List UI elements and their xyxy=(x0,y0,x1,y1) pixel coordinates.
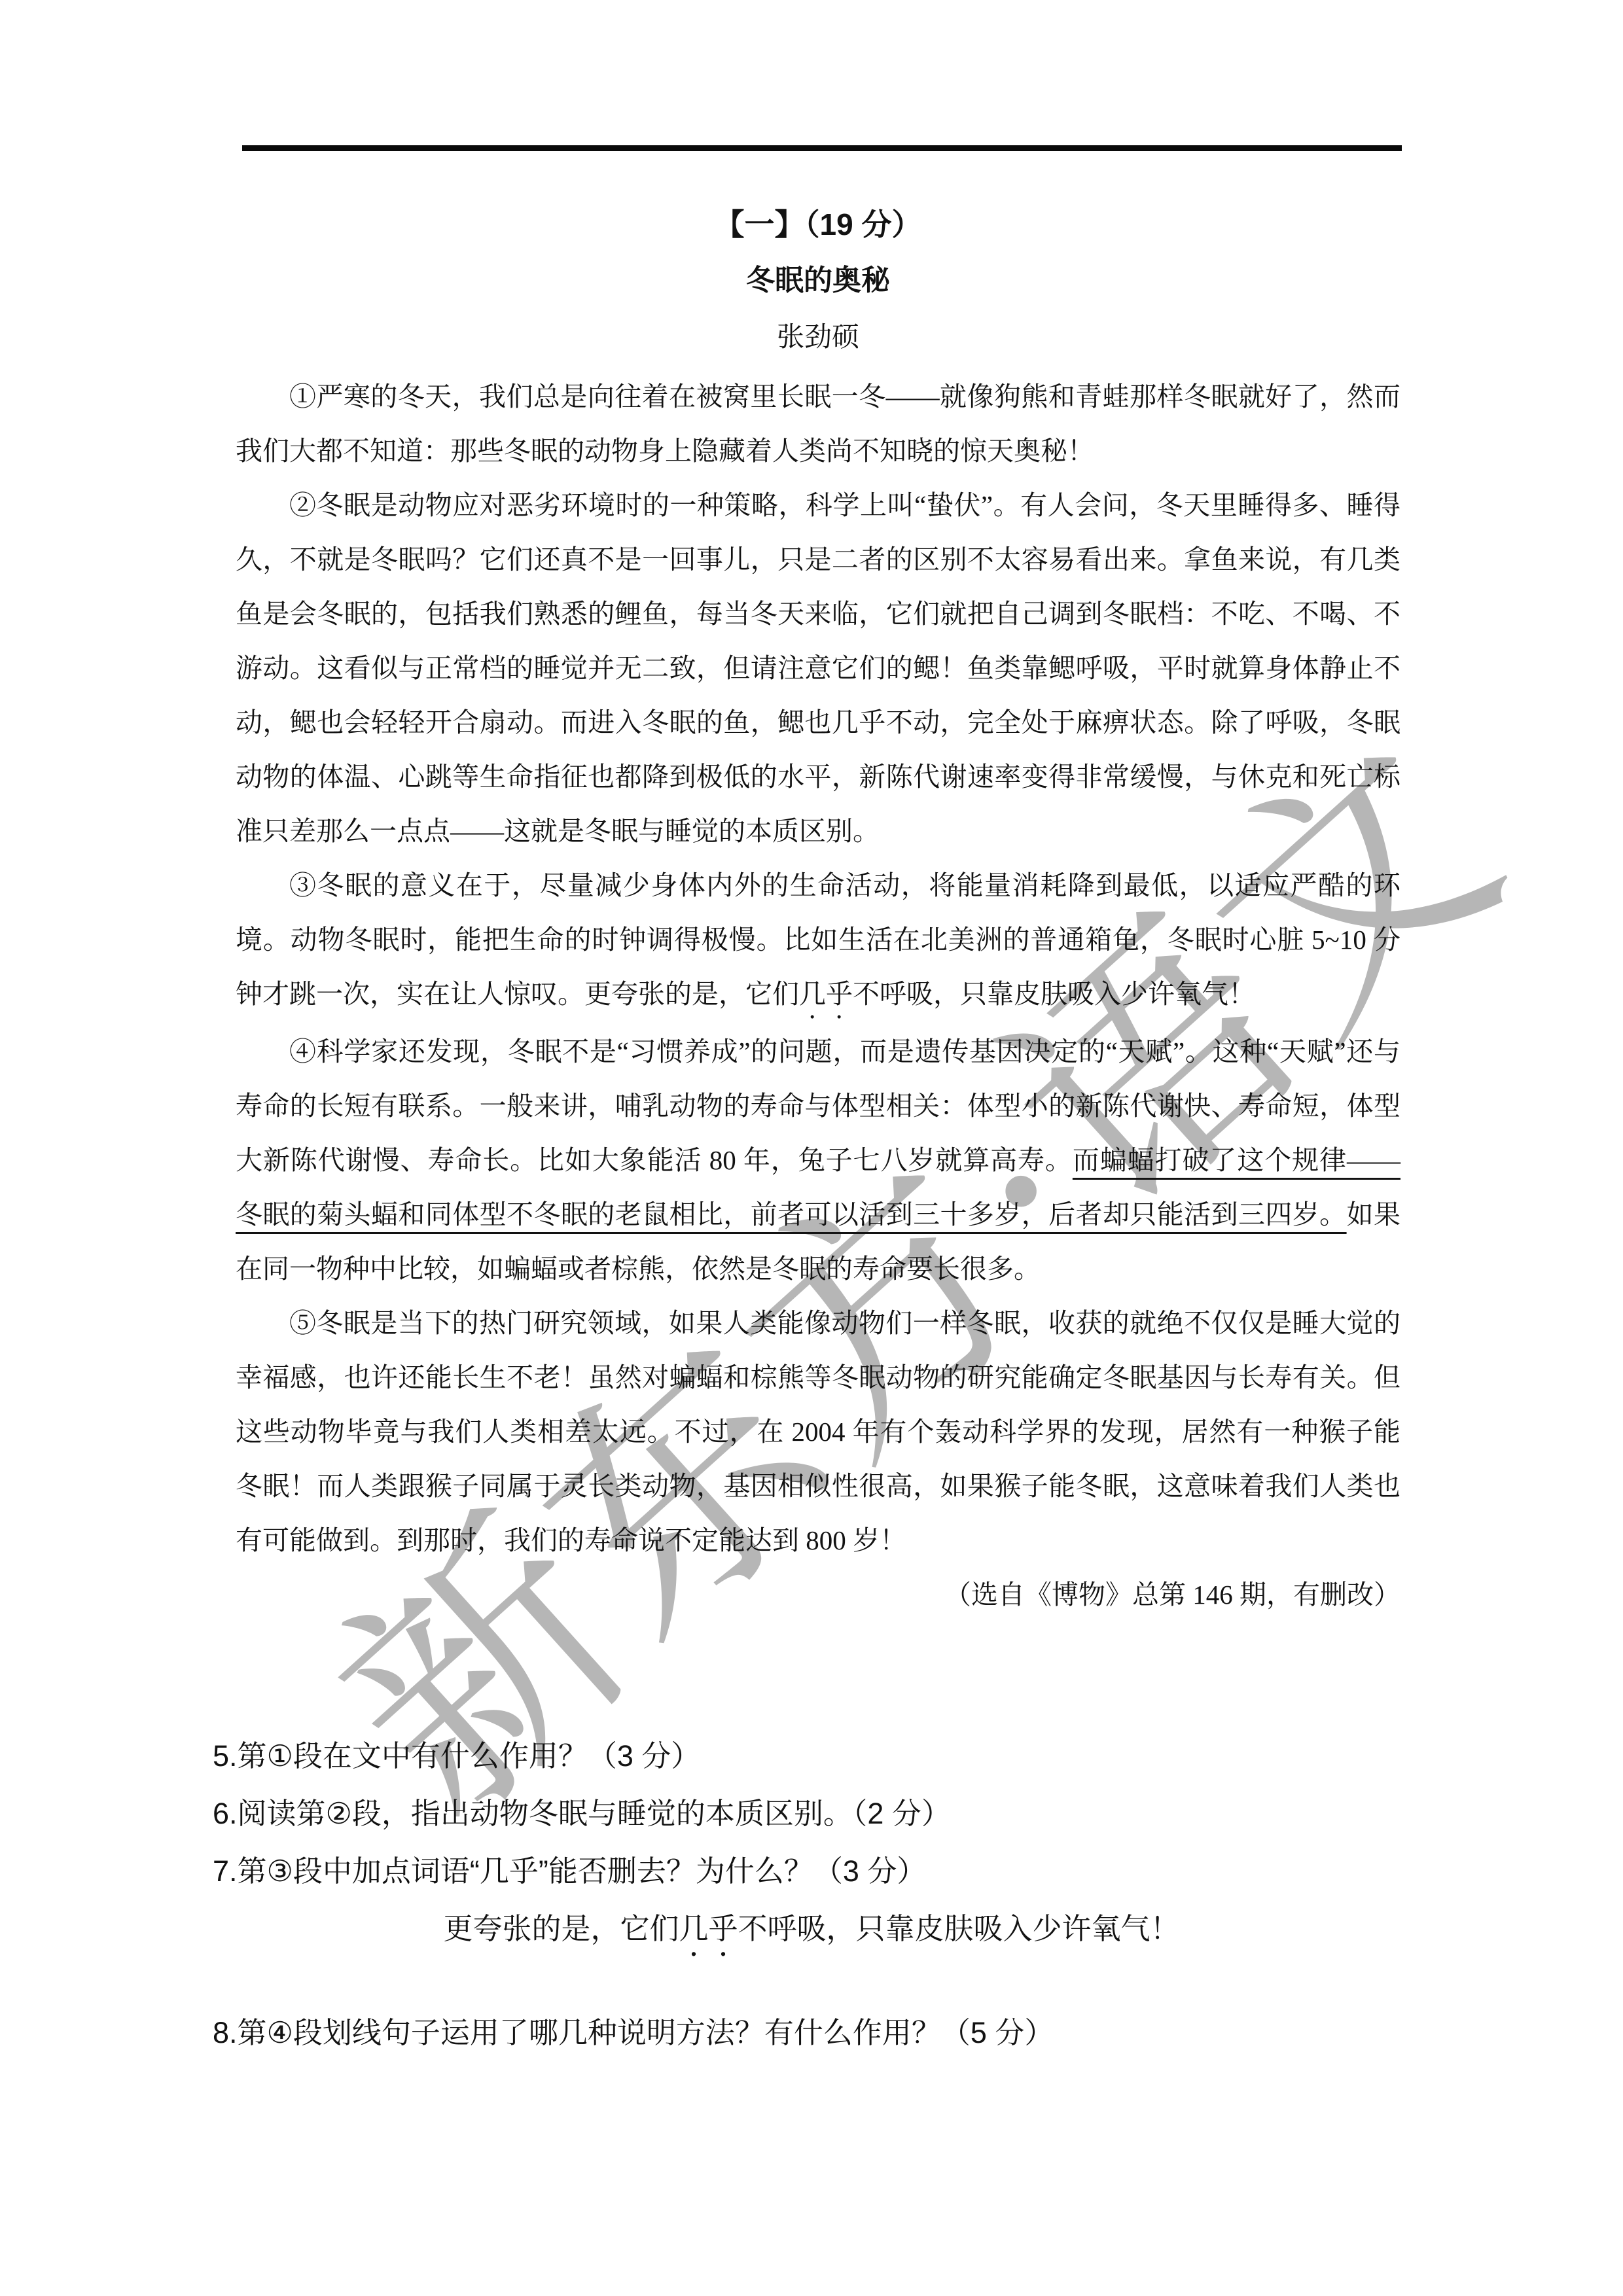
section-heading: 【一】（19 分） xyxy=(236,196,1400,253)
article-paragraph-5: ⑤冬眠是当下的热门研究领域，如果人类能像动物们一样冬眠，收获的就绝不仅仅是睡大觉… xyxy=(236,1296,1400,1568)
quote-emphasized-word-jihu: 几乎 xyxy=(679,1912,738,1945)
exam-page: 新东方·语文 【一】（19 分） 冬眠的奥秘 张劲硕 ①严寒的冬天，我们总是向往… xyxy=(0,0,1623,2296)
quote-text-end: 不呼吸，只靠皮肤吸入少许氧气！ xyxy=(738,1912,1180,1945)
question-7-quoted-sentence: 更夸张的是，它们几乎不呼吸，只靠皮肤吸入少许氧气！ xyxy=(213,1900,1410,1962)
quote-text-start: 更夸张的是，它们 xyxy=(443,1912,679,1945)
source-attribution: （选自《博物》总第 146 期，有删改） xyxy=(236,1568,1400,1622)
article-paragraph-2: ②冬眠是动物应对恶劣环境时的一种策略，科学上叫“蛰伏”。有人会问，冬天里睡得多、… xyxy=(236,478,1400,858)
article-paragraph-3: ③冬眠的意义在于，尽量减少身体内外的生命活动，将能量消耗降到最低，以适应严酷的环… xyxy=(236,858,1400,1025)
emphasized-word-jihu: 几乎 xyxy=(799,979,853,1009)
question-5: 5.第①段在文中有什么作用？（3 分） xyxy=(213,1727,1410,1785)
question-6: 6.阅读第②段，指出动物冬眠与睡觉的本质区别。（2 分） xyxy=(213,1785,1410,1843)
paragraph-3-text-end: 不呼吸，只靠皮肤吸入少许氧气！ xyxy=(853,979,1255,1009)
title-block: 【一】（19 分） 冬眠的奥秘 张劲硕 xyxy=(236,196,1400,365)
questions-section: 5.第①段在文中有什么作用？（3 分） 6.阅读第②段，指出动物冬眠与睡觉的本质… xyxy=(213,1727,1410,2062)
question-8: 8.第④段划线句子运用了哪几种说明方法？有什么作用？（5 分） xyxy=(213,2004,1410,2062)
top-divider-rule xyxy=(242,145,1402,151)
article-paragraph-4: ④科学家还发现，冬眠不是“习惯养成”的问题，而是遗传基因决定的“天赋”。这种“天… xyxy=(236,1025,1400,1296)
article-title: 冬眠的奥秘 xyxy=(236,253,1400,309)
article-body: ①严寒的冬天，我们总是向往着在被窝里长眠一冬——就像狗熊和青蛙那样冬眠就好了，然… xyxy=(236,370,1400,1622)
article-author: 张劲硕 xyxy=(236,309,1400,365)
question-7: 7.第③段中加点词语“几乎”能否删去？为什么？（3 分） xyxy=(213,1843,1410,1900)
article-paragraph-1: ①严寒的冬天，我们总是向往着在被窝里长眠一冬——就像狗熊和青蛙那样冬眠就好了，然… xyxy=(236,370,1400,478)
